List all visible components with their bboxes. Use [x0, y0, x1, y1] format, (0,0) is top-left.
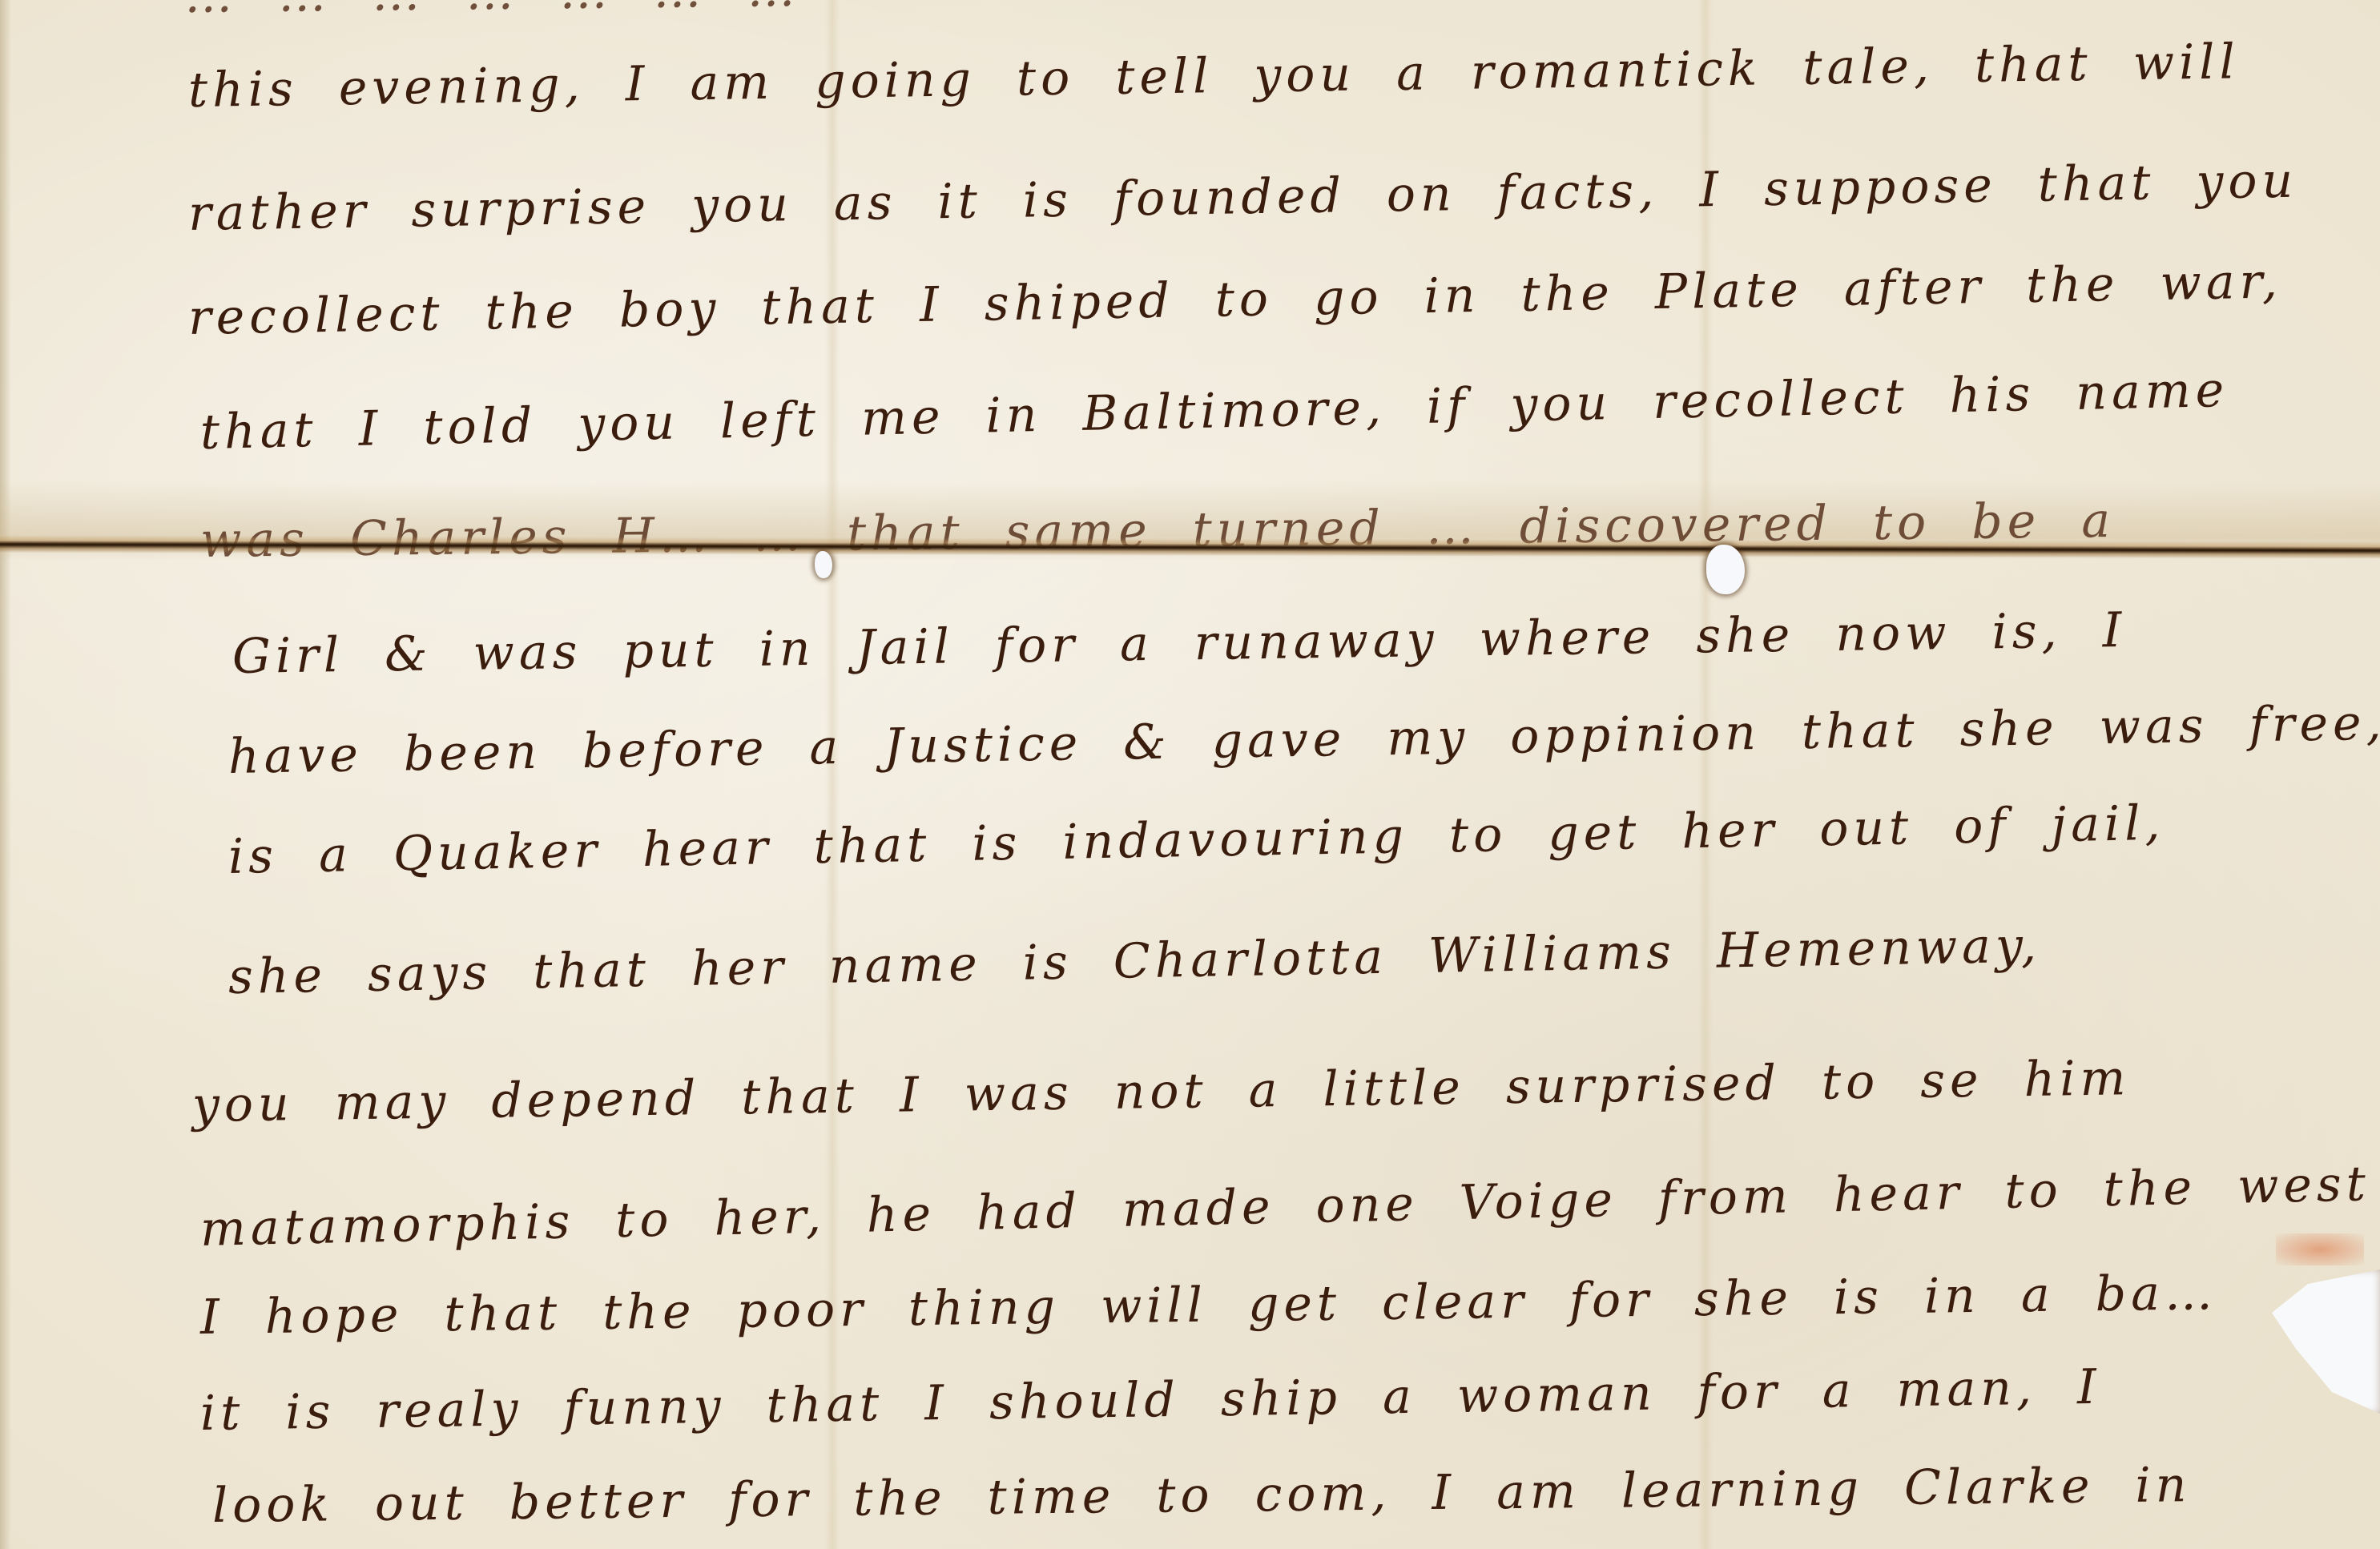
- letter-line-9: she says that her name is Charlotta Will…: [228, 918, 2041, 1005]
- letter-line-2: rather surprise you as it is founded on …: [187, 153, 2297, 242]
- letter-line-14: look out better for the time to com, I a…: [212, 1457, 2192, 1534]
- letter-line-4: that I told you left me in Baltimore, if…: [199, 362, 2229, 461]
- letter-line-6: Girl & was put in Jail for a runaway whe…: [232, 602, 2127, 685]
- paper-left-edge: [0, 0, 11, 1549]
- paper-hole: [815, 551, 832, 578]
- letter-line-10: you may depend that I was not a little s…: [192, 1050, 2131, 1133]
- paper-hole: [1706, 545, 1745, 594]
- letter-line-8: is a Quaker hear that is indavouring to …: [228, 795, 2165, 885]
- letter-line-1: this evening, I am going to tell you a r…: [188, 34, 2241, 119]
- torn-paper-edge: [2260, 1269, 2380, 1414]
- letter-line-3: recollect the boy that I shiped to go in…: [187, 253, 2282, 346]
- ink-stain: [2276, 1233, 2364, 1265]
- letter-line-11: matamorphis to her, he had made one Voig…: [199, 1152, 2380, 1257]
- letter-line-13: it is realy funny that I should ship a w…: [200, 1359, 2102, 1442]
- letter-line-7: have been before a Justice & gave my opp…: [228, 691, 2380, 785]
- letter-line-0: … … … … … … …: [184, 0, 800, 24]
- letter-line-12: I hope that the poor thing will get clea…: [200, 1265, 2218, 1346]
- letter-page: … … … … … … … this evening, I am going t…: [0, 0, 2380, 1549]
